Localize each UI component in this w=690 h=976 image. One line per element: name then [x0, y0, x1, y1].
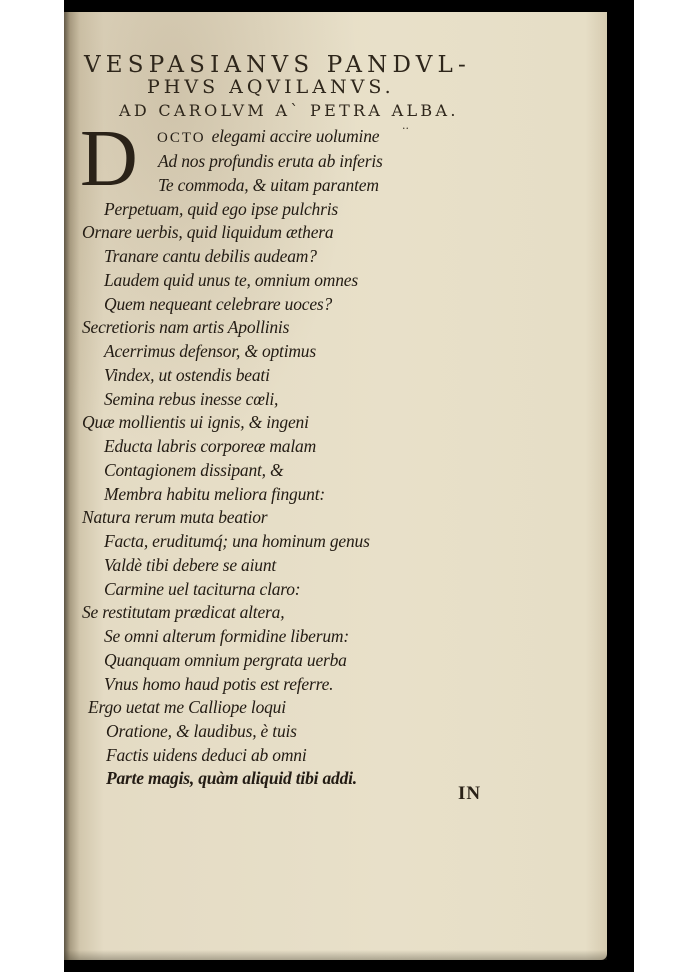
poem-line-2: Ad nos profundis eruta ab inferis: [158, 151, 383, 172]
poem-line-23: Quanquam omnium pergrata uerba: [104, 650, 347, 671]
poem-line-6: Tranare cantu debilis audeam?: [104, 246, 317, 267]
poem-line-21: Se restitutam prædicat altera,: [82, 602, 284, 623]
poem-line-28: Parte magis, quàm aliquid tibi addi.: [106, 768, 357, 789]
poem-line-24: Vnus homo haud potis est referre.: [104, 674, 333, 695]
poem-line-1: OCTOelegami accire uolumine: [157, 126, 379, 147]
poem-line-17: Natura rerum muta beatior: [82, 507, 267, 528]
poem-line-27: Factis uidens deduci ab omni: [106, 745, 306, 766]
drop-cap-initial: D: [80, 124, 138, 194]
poem-line-4: Perpetuam, quid ego ipse pulchris: [104, 199, 338, 220]
poem-line-9: Secretioris nam artis Apollinis: [82, 317, 289, 338]
dedication-heading: AD CAROLVM A` PETRA ALBA.: [119, 101, 459, 120]
poem-line-20: Carmine uel taciturna claro:: [104, 579, 300, 600]
poem-line-5: Ornare uerbis, quid liquidum æthera: [82, 222, 333, 243]
poem-line-26: Oratione, & laudibus, è tuis: [106, 721, 297, 742]
poem-line-14: Educta labris corporeæ malam: [104, 436, 316, 457]
poem-line-19: Valdè tibi debere se aiunt: [104, 555, 276, 576]
poem-line-7: Laudem quid unus te, omnium omnes: [104, 270, 358, 291]
poem-line-16: Membra habitu meliora fingunt:: [104, 484, 325, 505]
poem-line-12: Semina rebus inesse cœli,: [104, 389, 278, 410]
author-heading-line1: VESPASIANVS PANDVL-: [84, 52, 471, 78]
poem-line-10: Acerrimus defensor, & optimus: [104, 341, 316, 362]
poem-line-13: Quæ mollientis ui ignis, & ingeni: [82, 412, 309, 433]
poem-line-text: elegami accire uolumine: [212, 126, 380, 146]
poem-line-11: Vindex, ut ostendis beati: [104, 365, 270, 386]
catchword: IN: [458, 783, 481, 805]
poem-line-22: Se omni alterum formidine liberum:: [104, 626, 349, 647]
poem-line-25: Ergo uetat me Calliope loqui: [88, 697, 286, 718]
first-word-caps: OCTO: [157, 130, 206, 146]
author-heading-line2: PHVS AQVILANVS.: [147, 76, 395, 98]
ornament-dots: ··: [402, 122, 409, 135]
poem-line-3: Te commoda, & uitam parantem: [158, 175, 379, 196]
poem-line-8: Quem nequeant celebrare uoces?: [104, 294, 332, 315]
poem-line-18: Facta, eruditumq́; una hominum genus: [104, 531, 370, 552]
poem-line-15: Contagionem dissipant, &: [104, 460, 283, 481]
